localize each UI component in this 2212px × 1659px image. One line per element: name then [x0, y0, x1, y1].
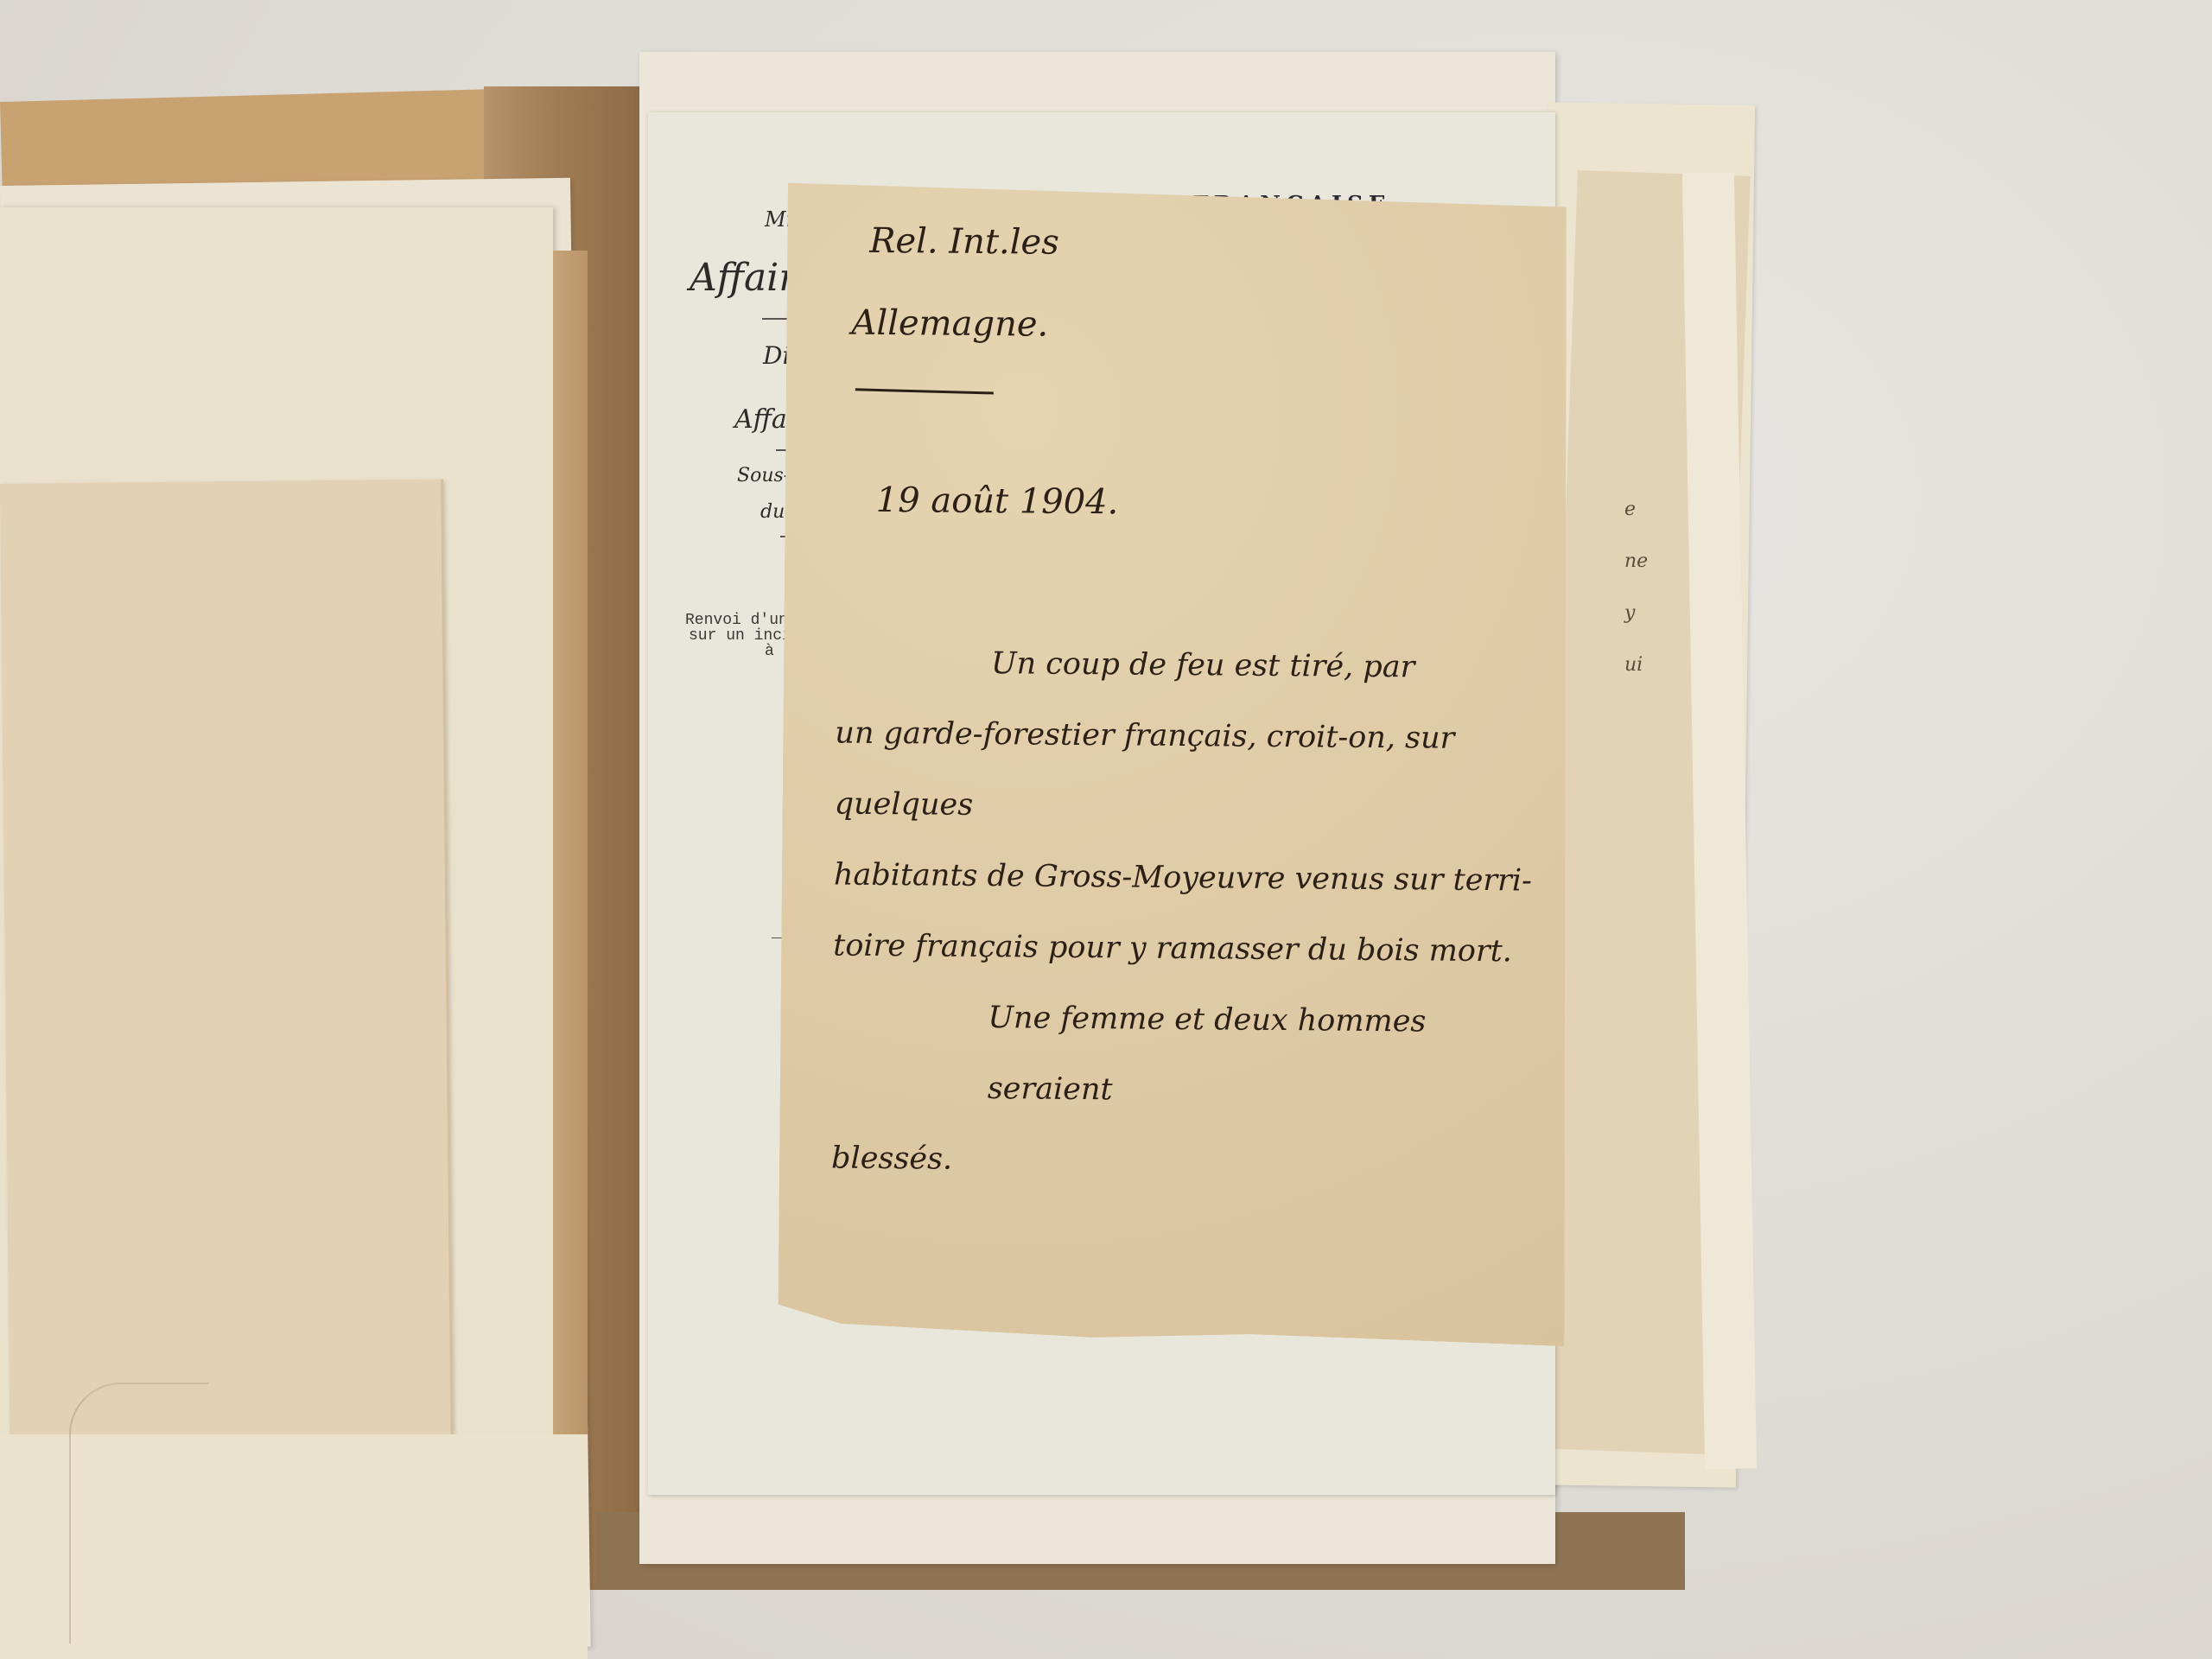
note-line: toire français pour y ramasser du bois m…: [833, 910, 1542, 987]
margin-fragment: ne: [1624, 536, 1659, 588]
note-line: Une femme et deux hommes seraient: [831, 981, 1541, 1128]
note-date: 19 août 1904.: [876, 480, 1119, 522]
note-line: blessés.: [831, 1122, 1541, 1199]
typed-line: Renvoi d'un: [685, 612, 788, 629]
note-heading-category: Rel. Int.les: [869, 221, 1059, 263]
margin-fragment: y: [1624, 588, 1659, 639]
note-underline: [855, 388, 994, 394]
note-body: Un coup de feu est tiré, par un garde-fo…: [831, 627, 1545, 1200]
margin-fragment: ui: [1624, 639, 1659, 691]
note-heading-country: Allemagne.: [851, 303, 1048, 345]
margin-fragments: e ne y ui: [1624, 484, 1659, 1002]
typed-line: sur un inci: [689, 627, 791, 645]
left-sheet-torn-edge: [553, 251, 588, 1547]
note-line: un garde-forestier français, croit-on, s…: [834, 698, 1543, 846]
handwritten-note: Rel. Int.les Allemagne. 19 août 1904. Un…: [778, 177, 1574, 1346]
margin-fragment: e: [1624, 484, 1659, 536]
note-line: habitants de Gross-Moyeuvre venus sur te…: [834, 839, 1543, 916]
paper-crease: [69, 1382, 209, 1643]
left-tan-paper: [0, 480, 454, 1443]
note-line: Un coup de feu est tiré, par: [836, 627, 1545, 704]
